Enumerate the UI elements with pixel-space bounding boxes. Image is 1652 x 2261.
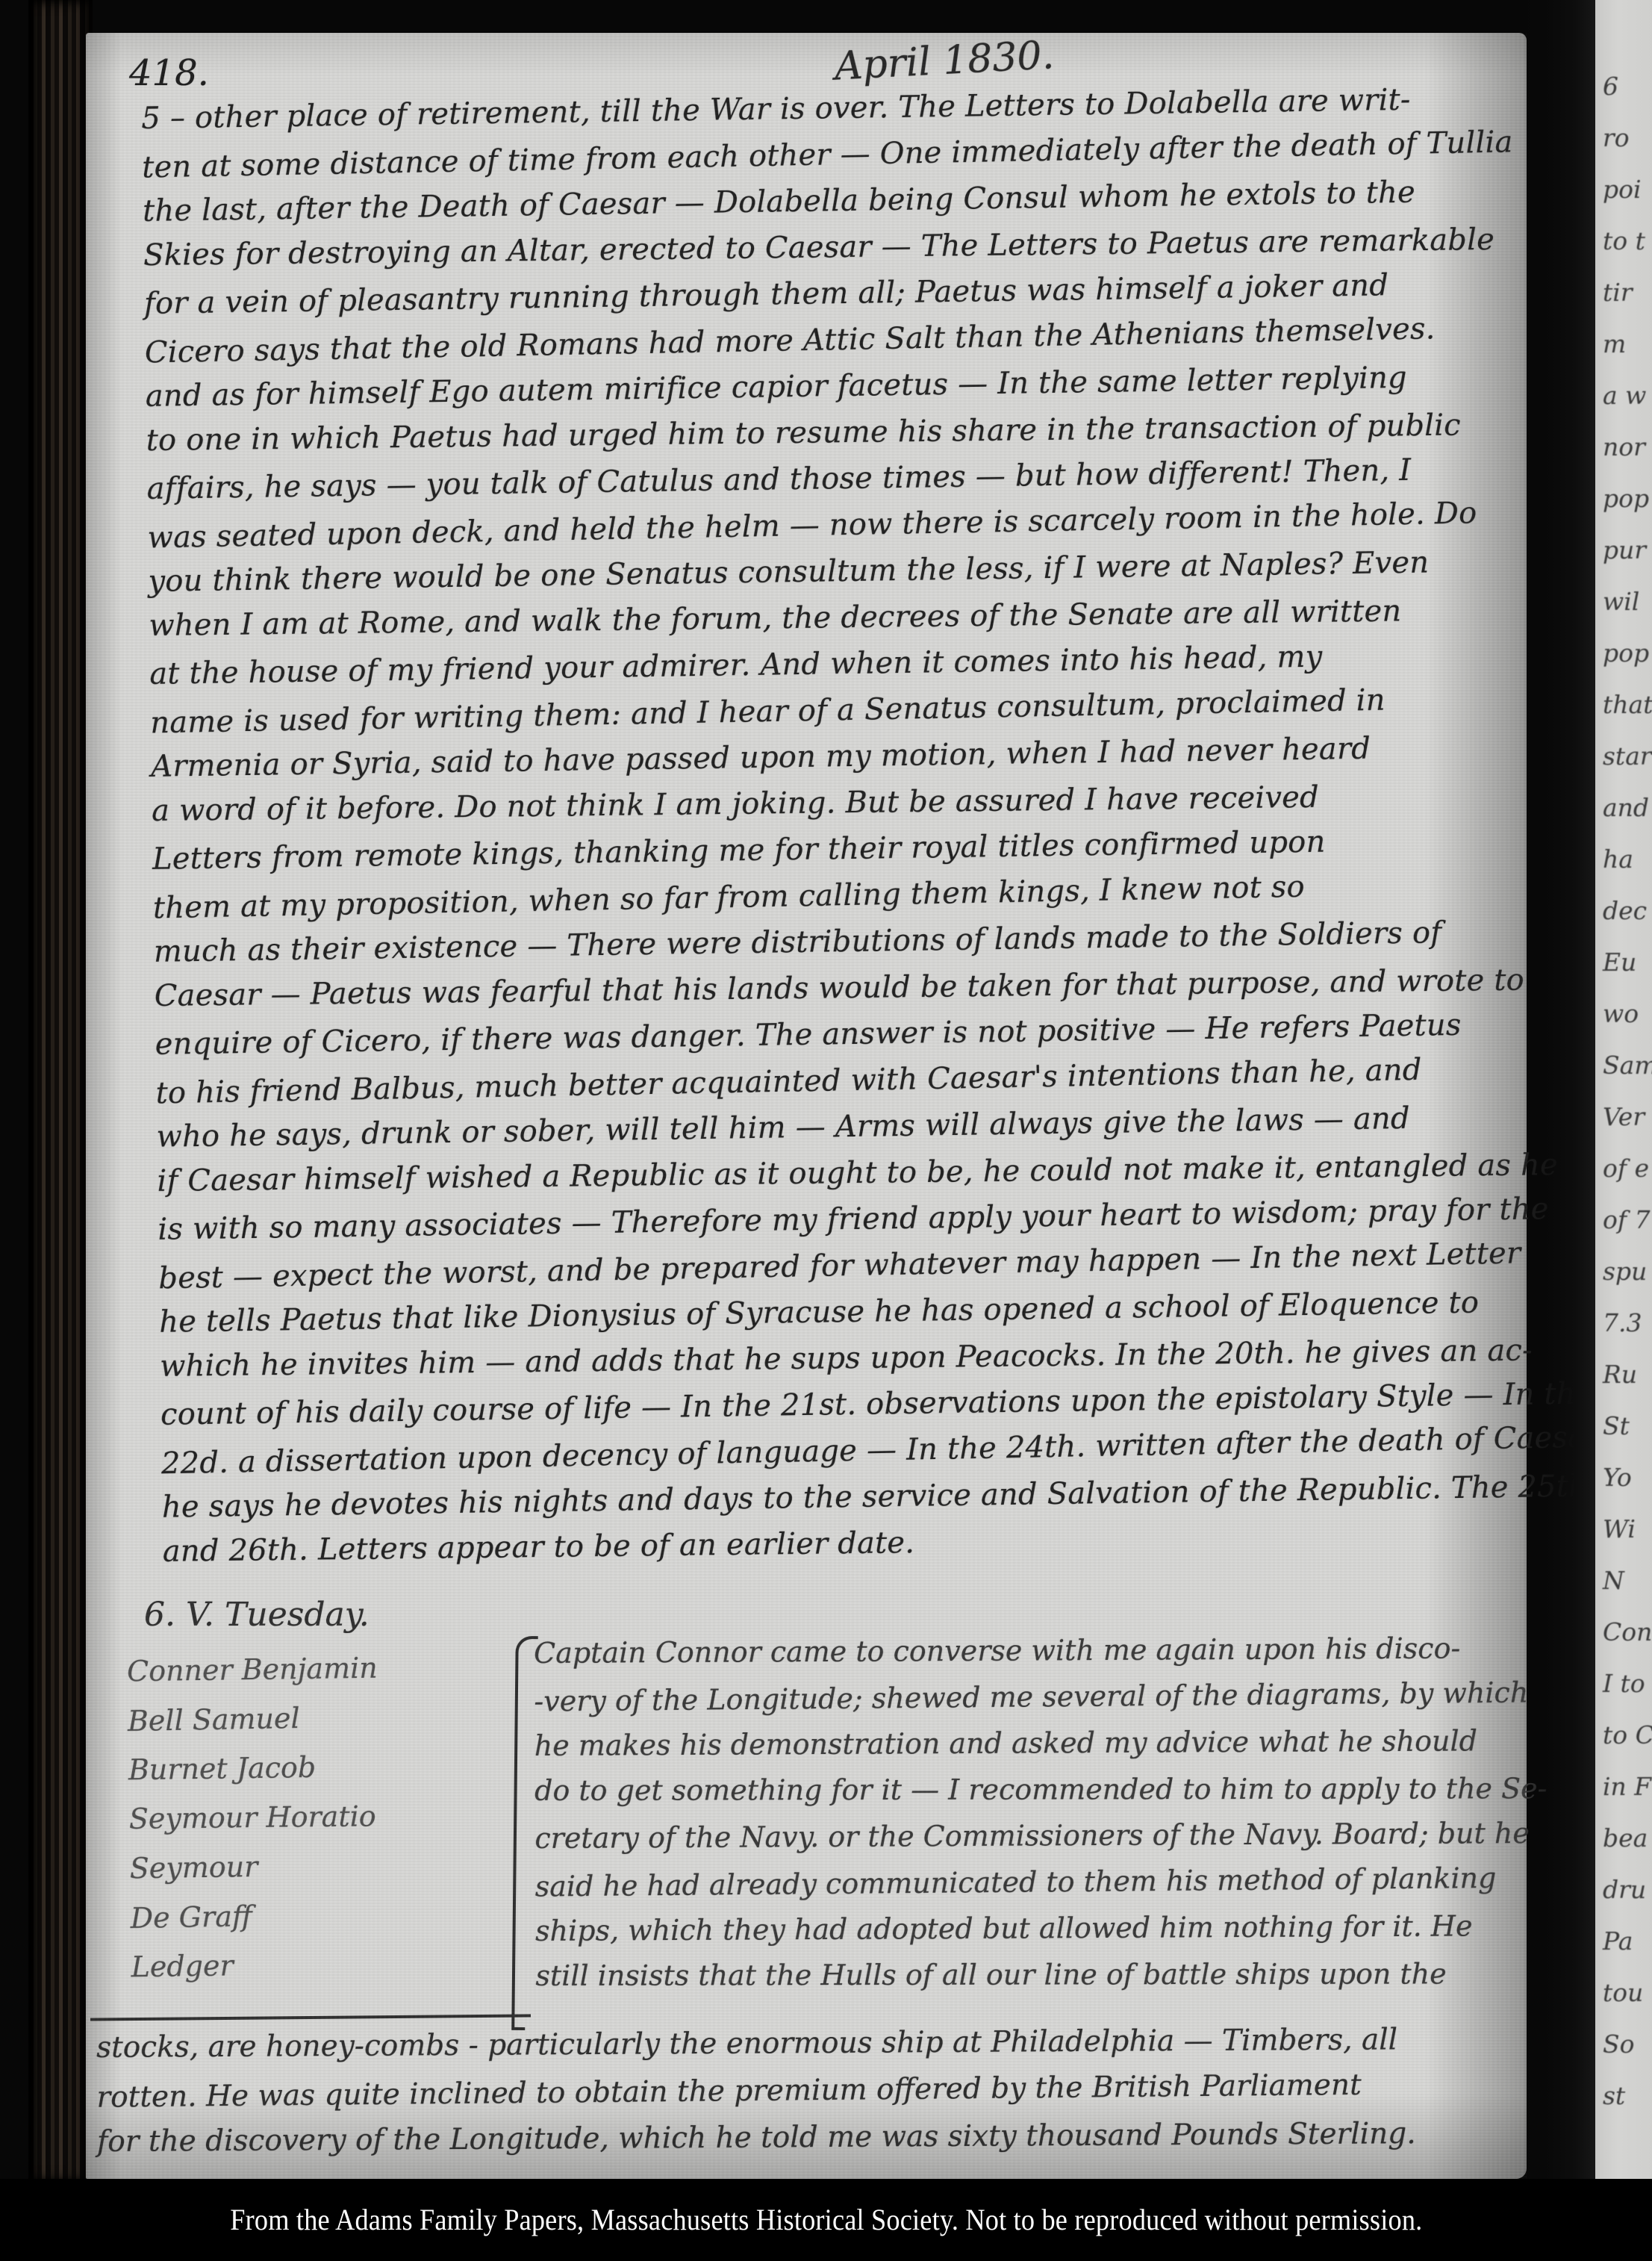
edge-fragment: I to	[1595, 1669, 1652, 1720]
edge-fragment: dec	[1595, 896, 1652, 948]
handwriting-line: do to get something for it — I recommend…	[534, 1772, 1518, 1820]
edge-fragment: Ver	[1595, 1102, 1652, 1154]
month-header: April 1830.	[772, 30, 1118, 93]
edge-fragment: dru	[1595, 1875, 1652, 1926]
edge-fragment: tou	[1595, 1978, 1652, 2030]
edge-fragment: ha	[1595, 845, 1652, 896]
margin-name: Bell Samuel	[128, 1700, 379, 1754]
edge-fragment: m	[1595, 329, 1652, 381]
scan-background: 418. April 1830. 5 – other place of reti…	[0, 0, 1652, 2261]
edge-fragment: star	[1595, 741, 1652, 793]
edge-fragment: st	[1595, 2081, 1652, 2133]
edge-fragment: pop	[1595, 484, 1652, 535]
edge-fragment: Eu	[1595, 948, 1652, 999]
edge-fragment: bea	[1595, 1823, 1652, 1875]
edge-fragment: 6	[1595, 72, 1652, 123]
edge-fragment: wil	[1595, 587, 1652, 638]
page-number: 418.	[129, 52, 209, 94]
edge-fragment: spu	[1595, 1257, 1652, 1308]
margin-name: Seymour Horatio	[129, 1800, 380, 1852]
book-spine	[28, 0, 93, 2182]
edge-fragment: tir	[1595, 278, 1652, 329]
handwriting-line: Captain Connor came to converse with me …	[534, 1632, 1518, 1683]
edge-fragment: poi	[1595, 175, 1652, 226]
edge-fragment: and	[1595, 793, 1652, 845]
edge-fragment: St	[1595, 1411, 1652, 1463]
entry-april-6-heading: 6. V. Tuesday.	[144, 1596, 370, 1634]
edge-fragment: Pa	[1595, 1926, 1652, 1978]
edge-fragment: to C	[1595, 1720, 1652, 1772]
edge-fragment: of 7	[1595, 1205, 1652, 1257]
handwriting-line: said he had already communicated to them…	[535, 1862, 1520, 1917]
facing-page-edge: 6ropoito ttirma wnorpoppurwilpopthatstar…	[1595, 0, 1652, 2182]
diary-entry-april-5: 5 – other place of retirement, till the …	[141, 81, 1538, 1583]
edge-fragment: Yo	[1595, 1463, 1652, 1514]
margin-rule	[90, 2014, 531, 2021]
edge-fragment: Sam	[1595, 1051, 1652, 1102]
edge-fragment: of e	[1595, 1154, 1652, 1205]
margin-name: Seymour	[129, 1849, 381, 1902]
edge-fragment: pop	[1595, 638, 1652, 690]
edge-fragment: ro	[1595, 123, 1652, 175]
caption-bar: From the Adams Family Papers, Massachuse…	[0, 2179, 1652, 2261]
edge-fragment: Ru	[1595, 1360, 1652, 1411]
caption-text: From the Adams Family Papers, Massachuse…	[230, 2203, 1422, 2237]
visitor-names-margin: Conner BenjaminBell SamuelBurnet JacobSe…	[127, 1652, 382, 2000]
edge-fragment: to t	[1595, 226, 1652, 278]
handwriting-line: still insists that the Hulls of all our …	[535, 1957, 1519, 2006]
edge-fragment: N	[1595, 1566, 1652, 1617]
edge-fragment: So	[1595, 2030, 1652, 2081]
margin-name: Ledger	[131, 1947, 382, 2000]
edge-fragment: 7.3	[1595, 1308, 1652, 1360]
edge-fragment: wo	[1595, 999, 1652, 1051]
edge-fragment: that	[1595, 690, 1652, 741]
margin-name: Conner Benjamin	[127, 1652, 378, 1705]
edge-fragment: a w	[1595, 381, 1652, 432]
entry-april-6-paragraph: Captain Connor came to converse with me …	[534, 1632, 1520, 2007]
handwriting-line: ships, which they had adopted but allowe…	[535, 1909, 1519, 1961]
edge-fragment: nor	[1595, 432, 1652, 484]
handwriting-line: cretary of the Navy. or the Commissioner…	[534, 1817, 1518, 1868]
margin-name: Burnet Jacob	[128, 1750, 380, 1803]
edge-fragment: Wi	[1595, 1514, 1652, 1566]
edge-fragment: Con	[1595, 1617, 1652, 1669]
entry-april-6-closing-lines: stocks, are honey-combs - particularly t…	[96, 2022, 1520, 2172]
margin-name: De Graff	[130, 1897, 381, 1951]
facing-page-fragments: 6ropoito ttirma wnorpoppurwilpopthatstar…	[1595, 72, 1652, 2133]
book-gutter-shadow	[1523, 0, 1598, 2182]
handwriting-line: he makes his demonstration and asked my …	[534, 1724, 1518, 1776]
manuscript-page: 418. April 1830. 5 – other place of reti…	[86, 33, 1527, 2179]
handwriting-line: -very of the Longitude; shewed me severa…	[534, 1676, 1518, 1732]
edge-fragment: in F	[1595, 1772, 1652, 1823]
edge-fragment: pur	[1595, 535, 1652, 587]
